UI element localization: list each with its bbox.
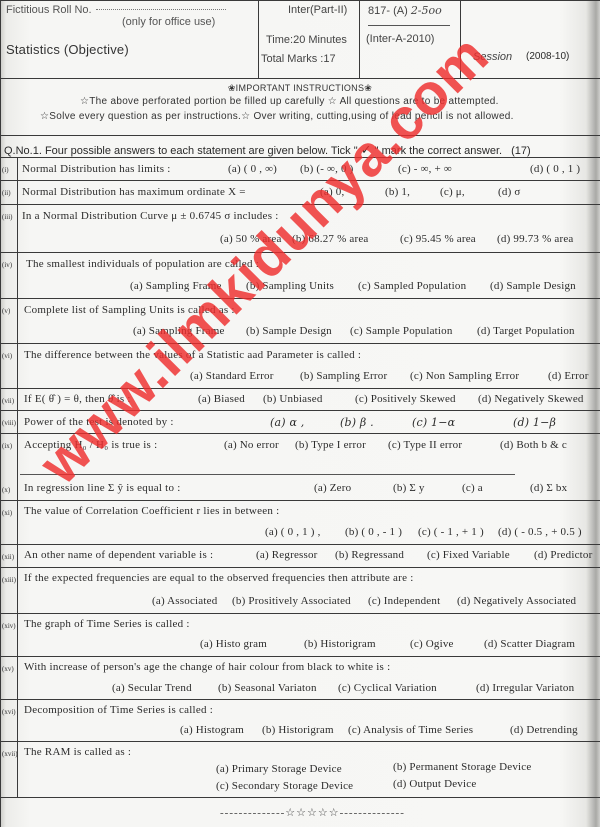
question-text: In regression line Σ ŷ is equal to :	[24, 482, 181, 494]
option-c[interactable]: (c) a	[462, 482, 483, 494]
divider	[20, 474, 515, 475]
option-c[interactable]: (c) - ∞, + ∞	[398, 163, 452, 175]
question-text: If the expected frequencies are equal to…	[24, 572, 414, 584]
option-d[interactable]: (d) Negatively Associated	[457, 595, 576, 607]
question-number: (xii)	[2, 553, 18, 561]
instruction-line: ☆Solve every question as per instruction…	[40, 111, 514, 122]
heading-text: " mark the correct answer.	[375, 145, 502, 157]
question-text: An other name of dependent variable is :	[24, 549, 213, 561]
option-a[interactable]: (a) 0,	[320, 186, 344, 198]
option-d[interactable]: (d) Output Device	[393, 778, 476, 790]
divider	[0, 388, 600, 389]
option-b[interactable]: (b) (- ∞, 0 )	[300, 163, 354, 175]
option-d[interactable]: (d) Irregular Variaton	[476, 682, 574, 694]
roll-number-blank	[96, 9, 226, 10]
option-a[interactable]: (a) Associated	[152, 595, 217, 607]
option-d[interactable]: (d) σ	[498, 186, 521, 198]
question-text: The graph of Time Series is called :	[24, 618, 190, 630]
option-c[interactable]: (c) 1−α	[412, 416, 455, 429]
option-b[interactable]: (b) Permanent Storage Device	[393, 761, 531, 773]
option-d[interactable]: (d) Negatively Skewed	[478, 393, 584, 405]
option-c[interactable]: (c) Sample Population	[350, 325, 453, 337]
question-number: (v)	[2, 307, 18, 315]
exam-name: (Inter-A-2010)	[366, 33, 434, 45]
session-value: (2008-10)	[526, 51, 569, 62]
option-c[interactable]: (c) Type II error	[388, 439, 462, 451]
divider	[0, 656, 600, 657]
option-c[interactable]: (c) Independent	[368, 595, 440, 607]
question-text: If E( θ̂ ) = θ, then θ̂ is :	[24, 393, 131, 405]
option-b[interactable]: (b) 68.27 % area	[292, 233, 369, 245]
divider	[0, 613, 600, 614]
option-c[interactable]: (c) Analysis of Time Series	[348, 724, 473, 736]
divider	[0, 180, 600, 181]
divider	[0, 204, 600, 205]
option-d[interactable]: (d) 1−β	[513, 416, 556, 429]
option-a[interactable]: (a) α ,	[270, 416, 304, 429]
option-d[interactable]: (d) Scatter Diagram	[484, 638, 575, 650]
time-allowed: Time:20 Minutes	[266, 34, 347, 46]
exam-level: Inter(Part-II)	[288, 4, 347, 16]
divider	[0, 567, 600, 568]
option-d[interactable]: (d) Sample Design	[490, 280, 576, 292]
session-label: Session	[473, 51, 512, 63]
question-number: (vii)	[2, 397, 18, 405]
option-a[interactable]: (a) No error	[224, 439, 279, 451]
option-a[interactable]: (a) Histogram	[180, 724, 244, 736]
question-text: Power of the test is denoted by :	[24, 416, 174, 428]
question-number: (ix)	[2, 442, 18, 450]
subject-title: Statistics (Objective)	[6, 42, 129, 57]
option-b[interactable]: (b) Historigram	[262, 724, 334, 736]
option-b[interactable]: (b) Sample Design	[246, 325, 332, 337]
option-d[interactable]: (d) 99.73 % area	[497, 233, 574, 245]
question-number: (viii)	[2, 419, 18, 427]
question-text: Normal Distribution has limits :	[22, 163, 171, 175]
question-number-column	[17, 157, 18, 797]
question-text: The RAM is called as :	[24, 746, 131, 758]
option-c[interactable]: (c) Non Sampling Error	[410, 370, 519, 382]
option-a[interactable]: (a) Primary Storage Device	[216, 763, 342, 775]
question-number: (i)	[2, 166, 18, 174]
question-text: Complete list of Sampling Units is calle…	[24, 304, 235, 316]
heading-text: Q.No.1. Four possible answers to each st…	[4, 145, 358, 157]
divider	[0, 741, 600, 742]
divider	[0, 343, 600, 344]
option-a[interactable]: (a) Sampling Frame	[133, 325, 225, 337]
end-of-paper-stars: --------------☆☆☆☆☆--------------	[220, 806, 405, 819]
question-number: (vi)	[2, 352, 18, 360]
divider	[359, 0, 360, 78]
divider	[0, 0, 600, 1]
option-a[interactable]: (a) Regressor	[256, 549, 318, 561]
option-b[interactable]: (b) Seasonal Variaton	[218, 682, 317, 694]
question-marks: (17)	[511, 145, 531, 157]
option-b[interactable]: (b) Historigram	[304, 638, 376, 650]
divider	[0, 699, 600, 700]
divider	[0, 78, 600, 79]
divider	[0, 500, 600, 501]
option-a[interactable]: (a) Sampling Frame	[130, 280, 222, 292]
question-text: The smallest individuals of population a…	[26, 258, 259, 270]
total-marks: Total Marks :17	[261, 53, 336, 65]
divider	[0, 797, 600, 798]
instructions-title: ❀IMPORTANT INSTRUCTIONS❀	[0, 83, 600, 94]
option-c[interactable]: (c) Ogive	[410, 638, 454, 650]
divider	[0, 135, 600, 136]
question-number: (iii)	[2, 213, 18, 221]
option-b[interactable]: (b) 1,	[385, 186, 410, 198]
question-number: (xiv)	[2, 622, 18, 630]
option-b[interactable]: (b) Sampling Units	[246, 280, 334, 292]
tick-mark-icon: ✓	[361, 142, 372, 157]
question-number: (xv)	[2, 665, 18, 673]
option-d[interactable]: (d) Target Population	[477, 325, 575, 337]
option-b[interactable]: (b) Regressand	[335, 549, 404, 561]
option-c[interactable]: (c) μ,	[440, 186, 465, 198]
option-d[interactable]: (d) ( - 0.5 , + 0.5 )	[498, 526, 582, 538]
option-a[interactable]: (a) Standard Error	[190, 370, 274, 382]
divider	[0, 298, 600, 299]
option-c[interactable]: (c) Cyclical Variation	[338, 682, 437, 694]
option-a[interactable]: (a) Secular Trend	[112, 682, 192, 694]
divider	[460, 0, 461, 78]
option-a[interactable]: (a) Biased	[198, 393, 245, 405]
question-text: With increase of person's age the change…	[24, 661, 390, 673]
question-text: In a Normal Distribution Curve μ ± 0.674…	[22, 210, 279, 222]
option-b[interactable]: (b) Prositively Associated	[232, 595, 351, 607]
option-d[interactable]: (d) Detrending	[510, 724, 578, 736]
divider	[258, 0, 259, 78]
office-use-note: (only for office use)	[122, 16, 215, 28]
option-a[interactable]: (a) ( 0 , 1 ) ,	[265, 526, 321, 538]
option-b[interactable]: (b) Type I error	[295, 439, 366, 451]
option-c[interactable]: (c) Sampled Population	[358, 280, 466, 292]
question-text: The value of Correlation Coefficient r l…	[24, 505, 279, 517]
divider	[0, 252, 600, 253]
option-b[interactable]: (b) β .	[340, 416, 374, 429]
roll-number-label: Fictitious Roll No.	[6, 4, 92, 16]
option-c[interactable]: (c) ( - 1 , + 1 )	[418, 526, 484, 538]
option-d[interactable]: (d) Both b & c	[500, 439, 567, 451]
question-number: (xiii)	[2, 576, 18, 584]
option-b[interactable]: (b) Σ y	[393, 482, 425, 494]
option-d[interactable]: (d) Predictor	[534, 549, 593, 561]
paper-code-handwritten: 2-5oo	[411, 4, 442, 17]
paper-code: 817- (A) 2-5oo	[368, 4, 442, 17]
option-d[interactable]: (d) Error	[548, 370, 589, 382]
paper-code-printed: 817- (A)	[368, 5, 408, 17]
option-b[interactable]: (b) ( 0 , - 1 )	[345, 526, 402, 538]
option-a[interactable]: (a) Zero	[314, 482, 351, 494]
option-c[interactable]: (c) Positively Skewed	[355, 393, 456, 405]
question-heading: Q.No.1. Four possible answers to each st…	[4, 142, 531, 158]
question-number: (xvii)	[2, 750, 18, 758]
option-a[interactable]: (a) ( 0 , ∞)	[228, 163, 277, 175]
question-number: (iv)	[2, 261, 18, 269]
option-b[interactable]: (b) Sampling Error	[300, 370, 387, 382]
instruction-line: ☆The above perforated portion be filled …	[80, 96, 499, 107]
option-d[interactable]: (d) ( 0 , 1 )	[530, 163, 580, 175]
divider	[0, 0, 1, 827]
code-underline	[368, 25, 450, 26]
exam-paper: Fictitious Roll No. (only for office use…	[0, 0, 600, 827]
roll-number-field[interactable]: Fictitious Roll No.	[6, 4, 226, 16]
question-number: (ii)	[2, 189, 18, 197]
question-text: The difference between the values of a S…	[24, 349, 361, 361]
option-d[interactable]: (d) Σ bx	[530, 482, 567, 494]
question-text: Normal Distribution has maximum ordinate…	[22, 186, 246, 198]
option-c[interactable]: (c) Secondary Storage Device	[216, 780, 353, 792]
question-number: (x)	[2, 486, 18, 494]
question-text: Decomposition of Time Series is called :	[24, 704, 213, 716]
question-number: (xvi)	[2, 708, 18, 716]
option-c[interactable]: (c) 95.45 % area	[400, 233, 476, 245]
option-a[interactable]: (a) Histo gram	[200, 638, 267, 650]
question-text: Accepting H₀ / H₀ is true is :	[24, 439, 157, 451]
option-b[interactable]: (b) Unbiased	[263, 393, 323, 405]
divider	[0, 410, 600, 411]
divider	[0, 157, 600, 158]
option-c[interactable]: (c) Fixed Variable	[427, 549, 510, 561]
question-number: (xi)	[2, 509, 18, 517]
divider	[0, 544, 600, 545]
option-a[interactable]: (a) 50 % area	[220, 233, 282, 245]
divider	[0, 433, 600, 434]
